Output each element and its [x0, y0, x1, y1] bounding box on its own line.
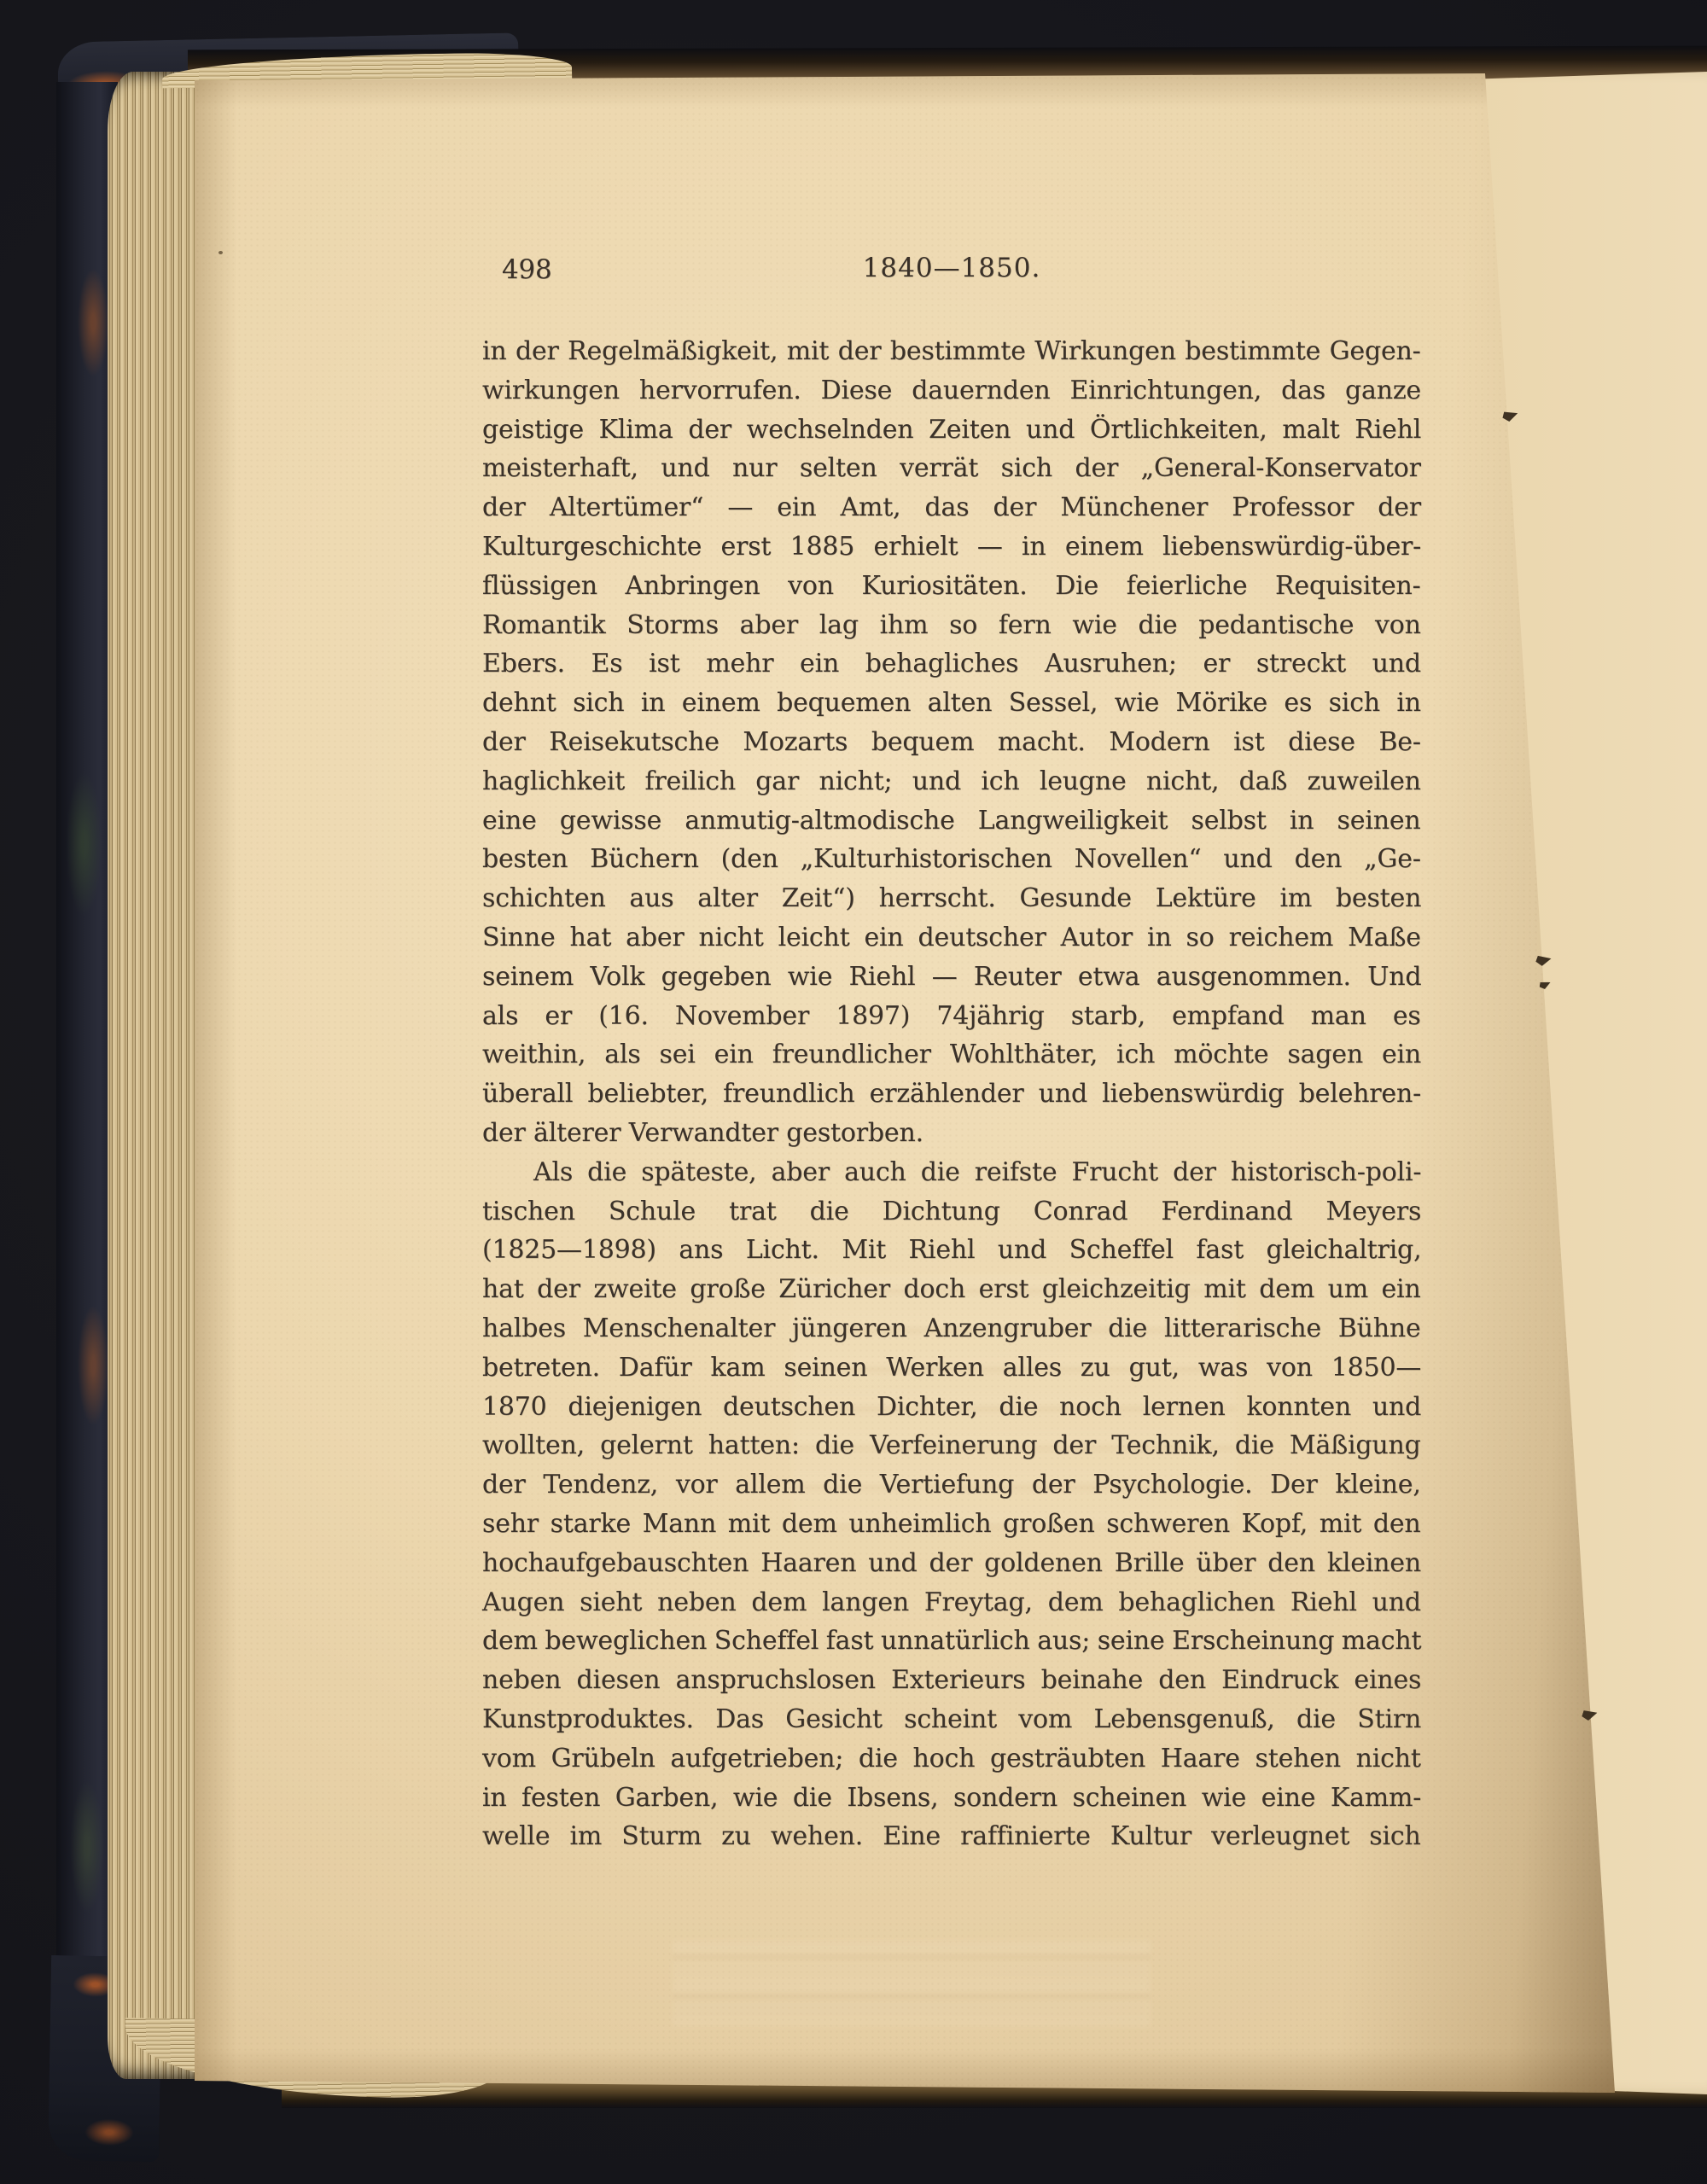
text-line: in der Regelmäßigkeit, mit der bestimmte… — [482, 335, 1421, 369]
page-number: 498 — [502, 254, 552, 285]
text-line: Sinne hat aber nicht leicht ein deutsche… — [482, 921, 1421, 955]
text-line: vom Grübeln aufgetrieben; die hoch gestr… — [482, 1742, 1421, 1776]
text-line: wirkungen hervorrufen. Diese dauernden E… — [482, 374, 1421, 408]
text-line: Kunstproduktes. Das Gesicht scheint vom … — [482, 1703, 1421, 1737]
text-line: besten Büchern (den „Kulturhistorischen … — [482, 842, 1421, 877]
text-line: Romantik Storms aber lag ihm so fern wie… — [482, 609, 1421, 643]
text-line: Als die späteste, aber auch die reifste … — [482, 1156, 1421, 1190]
text-line: 1870 diejenigen deutschen Dichter, die n… — [482, 1390, 1421, 1424]
text-line: eine gewisse anmutig-altmodische Langwei… — [482, 804, 1421, 838]
text-line: (1825—1898) ans Licht. Mit Riehl und Sch… — [482, 1233, 1421, 1267]
text-line: wollten, gelernt hatten: die Verfeinerun… — [482, 1429, 1421, 1463]
book-page: 498 1840—1850. in der Regelmäßigkeit, mi… — [195, 63, 1615, 2100]
text-line: geistige Klima der wechselnden Zeiten un… — [482, 413, 1421, 447]
text-line: der Reisekutsche Mozarts bequem macht. M… — [482, 725, 1421, 760]
text-line: dehnt sich in einem bequemen alten Sesse… — [482, 686, 1421, 720]
text-line: als er (16. November 1897) 74jährig star… — [482, 999, 1421, 1034]
text-line: Augen sieht neben dem langen Freytag, de… — [482, 1586, 1421, 1620]
text-line: seinem Volk gegeben wie Riehl — Reuter e… — [482, 960, 1421, 994]
text-line: welle im Sturm zu wehen. Eine raffiniert… — [482, 1820, 1421, 1854]
verso-show-through — [792, 1275, 1236, 1531]
paper-speck — [218, 251, 223, 254]
text-line: schichten aus alter Zeit“) herrscht. Ges… — [482, 882, 1421, 916]
text-line: der Altertümer“ — ein Amt, das der Münch… — [482, 491, 1421, 525]
running-header: 1840—1850. — [482, 253, 1421, 283]
text-line: neben diesen anspruchslosen Exterieurs b… — [482, 1663, 1421, 1698]
text-line: überall beliebter, freundlich erzählende… — [482, 1077, 1421, 1111]
text-line: haglichkeit freilich gar nicht; und ich … — [482, 765, 1421, 799]
turned-pages-edge-stack — [108, 72, 201, 2079]
text-line: halbes Menschenalter jüngeren Anzengrube… — [482, 1312, 1421, 1346]
text-line: tischen Schule trat die Dichtung Conrad … — [482, 1195, 1421, 1229]
page-text: 498 1840—1850. in der Regelmäßigkeit, mi… — [195, 63, 1615, 2100]
text-line: in festen Garben, wie die Ibsens, sonder… — [482, 1781, 1421, 1815]
text-line: flüssigen Anbringen von Kuriositäten. Di… — [482, 569, 1421, 603]
text-line: betreten. Dafür kam seinen Werken alles … — [482, 1351, 1421, 1385]
text-line: der Tendenz, vor allem die Vertiefung de… — [482, 1468, 1421, 1502]
book-scan-photo: 498 1840—1850. in der Regelmäßigkeit, mi… — [0, 0, 1707, 2184]
text-line: hat der zweite große Züricher doch erst … — [482, 1273, 1421, 1307]
text-line: Ebers. Es ist mehr ein behagliches Ausru… — [482, 647, 1421, 681]
text-line: Kulturgeschichte erst 1885 erhielt — in … — [482, 530, 1421, 564]
text-line: dem beweglichen Scheffel fast unnatürlic… — [482, 1624, 1421, 1658]
text-line: weithin, als sei ein freundlicher Wohlth… — [482, 1038, 1421, 1072]
text-line: der älterer Verwandter gestorben. — [482, 1116, 1421, 1150]
verso-show-through — [673, 1941, 1151, 2026]
text-line: sehr starke Mann mit dem unheimlich groß… — [482, 1507, 1421, 1541]
text-line: hochaufgebauschten Haaren und der golden… — [482, 1546, 1421, 1581]
text-line: meisterhaft, und nur selten verrät sich … — [482, 451, 1421, 486]
